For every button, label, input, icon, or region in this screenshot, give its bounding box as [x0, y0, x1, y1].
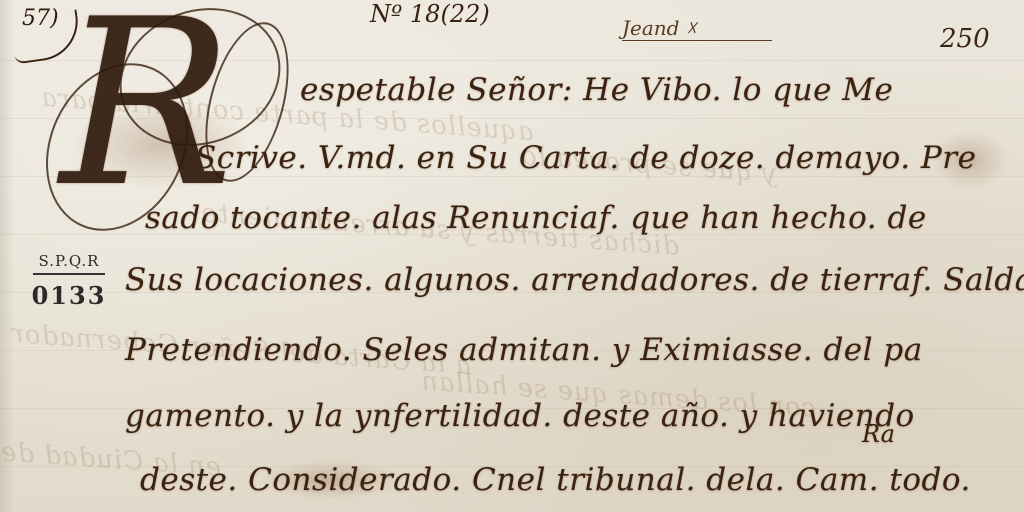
archive-stamp: S.P.Q.R 0133 — [24, 252, 114, 310]
manuscript-line-1: espetable Señor: He Vibo. lo que Me — [300, 72, 893, 108]
stamp-spqr: S.P.Q.R — [24, 252, 114, 270]
manuscript-line-4: Sus locaciones. algunos. arrendadores. d… — [125, 262, 1024, 298]
manuscript-line-6: gamento. y la ynfertilidad. deste año. y… — [125, 398, 915, 434]
corner-mark: 57) — [22, 6, 59, 31]
manuscript-page: aquellos de la parte contraria para dich… — [0, 0, 1024, 512]
folio-number: 250 — [940, 24, 990, 54]
header-reference: Nº 18(22) — [370, 0, 490, 28]
interlinear-note: Ra — [862, 420, 895, 448]
initial-capital: R — [60, 0, 233, 220]
manuscript-line-5: Pretendiendo. Seles admitan. y Eximiasse… — [125, 332, 923, 368]
header-note: Jeand ☓ — [622, 16, 696, 40]
manuscript-line-3: sado tocante. alas Renunciaf. que han he… — [145, 200, 927, 236]
header-note-underline — [622, 40, 772, 41]
stamp-rule — [33, 273, 105, 275]
stamp-number: 0133 — [24, 281, 114, 310]
manuscript-line-2: Scrive. V.md. en Su Carta. de doze. dema… — [195, 140, 976, 176]
manuscript-line-7: deste. Considerado. Cnel tribunal. dela.… — [140, 462, 971, 498]
page-edge — [0, 0, 14, 512]
